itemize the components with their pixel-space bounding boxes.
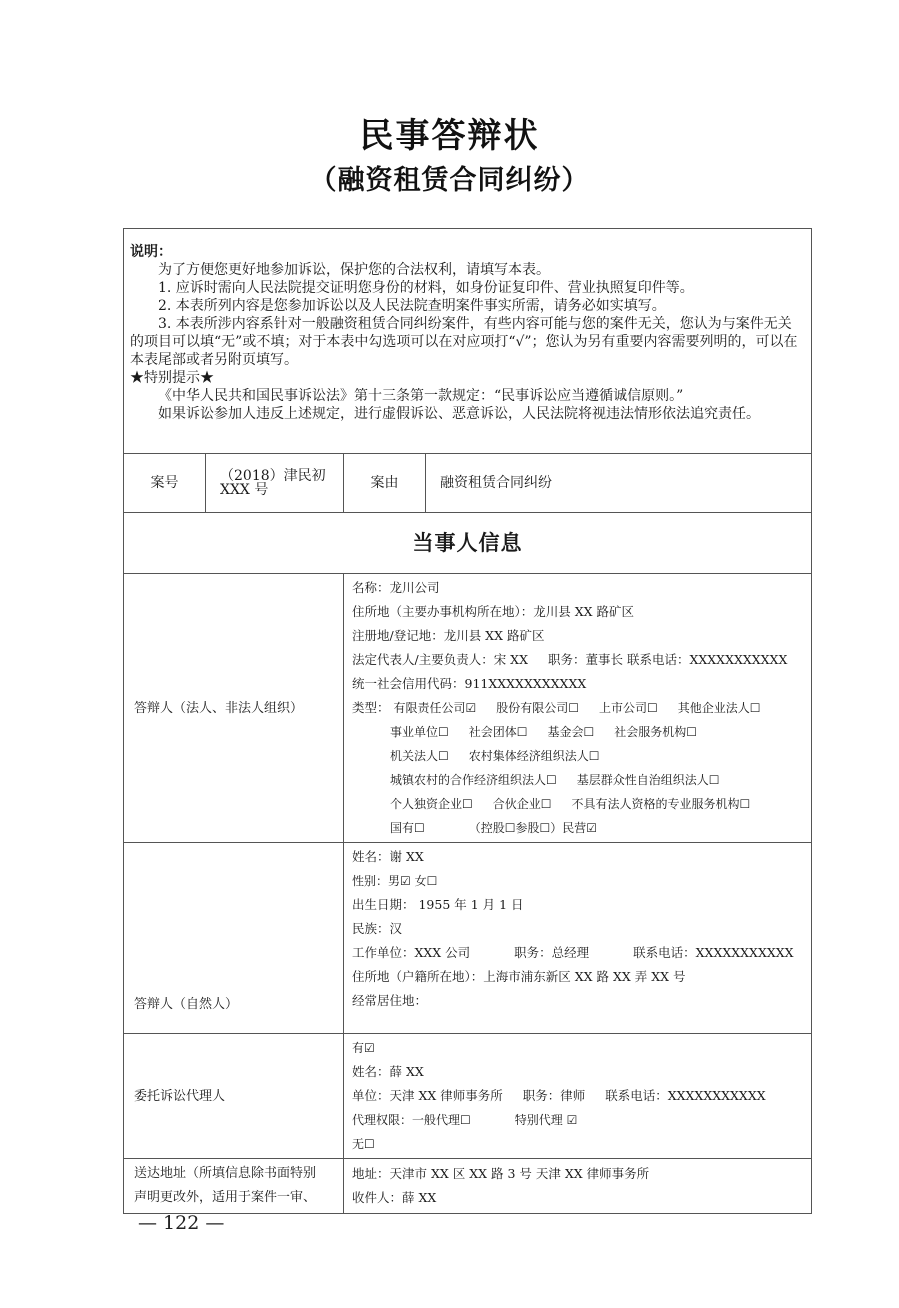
type-checkbox-social-group[interactable]: 社会团体☐	[469, 725, 528, 739]
respondent-natural-label: 答辩人（自然人）	[124, 843, 344, 1034]
service-address-label-line-2: 声明更改外，适用于案件一审、	[134, 1186, 339, 1210]
respondent-legal-content: 名称：龙川公司 住所地（主要办事机构所在地）：龙川县 XX 路矿区 注册地/登记…	[344, 574, 812, 843]
service-address-label: 送达地址（所填信息除书面特别 声明更改外，适用于案件一审、	[124, 1159, 344, 1214]
special-notice-1: 《中华人民共和国民事诉讼法》第十三条第一款规定：“民事诉讼应当遵循诚信原则。”	[130, 387, 805, 405]
respondent-natural-content: 姓名：谢 XX 性别：男☑ 女☐ 出生日期： 1955 年 1 月 1 日 民族…	[344, 843, 812, 1034]
respondent-legal-label: 答辩人（法人、非法人组织）	[124, 574, 344, 843]
legal-representative-field[interactable]: 法定代表人/主要负责人：宋 XX	[352, 652, 528, 667]
type-checkbox-other-enterprise[interactable]: 其他企业法人☐	[678, 701, 761, 715]
parties-section-title: 当事人信息	[124, 513, 812, 574]
special-notice-2: 如果诉讼参加人违反上述规定，进行虚假诉讼、恶意诉讼，人民法院将视违法情形依法追究…	[130, 405, 805, 423]
answer-form-table: 说明： 为了方便您更好地参加诉讼，保护您的合法权利，请填写本表。 1. 应诉时需…	[123, 228, 812, 1214]
legal-domicile-field[interactable]: 住所地（主要办事机构所在地）：龙川县 XX 路矿区	[352, 600, 803, 624]
case-cause-value[interactable]: 融资租赁合同纠纷	[426, 454, 812, 513]
agent-authority-general-checkbox[interactable]: 代理权限：一般代理☐	[352, 1113, 471, 1127]
service-address-label-line-1: 送达地址（所填信息除书面特别	[134, 1162, 339, 1186]
agent-row: 委托诉讼代理人 有☑ 姓名：薛 XX 单位：天津 XX 律师事务所 职务：律师 …	[124, 1034, 812, 1159]
legal-position-field[interactable]: 职务：董事长	[548, 652, 623, 667]
agent-has-checkbox[interactable]: 有☑	[352, 1036, 803, 1060]
natural-employer-field[interactable]: 工作单位：XXX 公司	[352, 945, 470, 960]
type-checkbox-joint-stock[interactable]: 股份有限公司☐	[496, 701, 579, 715]
natural-name-field[interactable]: 姓名：谢 XX	[352, 845, 803, 869]
instructions-heading: 说明：	[130, 243, 805, 261]
legal-representative-line: 法定代表人/主要负责人：宋 XX 职务：董事长 联系电话：XXXXXXXXXXX	[352, 648, 803, 672]
type-checkbox-partnership[interactable]: 合伙企业☐	[493, 797, 552, 811]
legal-type-line-2: 事业单位☐ 社会团体☐ 基金会☐ 社会服务机构☐	[352, 720, 803, 744]
type-checkbox-listed[interactable]: 上市公司☐	[599, 701, 658, 715]
type-checkbox-public-institution[interactable]: 事业单位☐	[390, 725, 449, 739]
type-checkbox-professional-service[interactable]: 不具有法人资格的专业服务机构☐	[572, 797, 751, 811]
respondent-natural-row: 答辩人（自然人） 姓名：谢 XX 性别：男☑ 女☐ 出生日期： 1955 年 1…	[124, 843, 812, 1034]
natural-work-line: 工作单位：XXX 公司 职务：总经理 联系电话：XXXXXXXXXXX	[352, 941, 803, 965]
case-number-label: 案号	[124, 454, 206, 513]
document-title: 民事答辩状	[0, 108, 899, 157]
agent-unit-field[interactable]: 单位：天津 XX 律师事务所	[352, 1088, 503, 1103]
service-recipient-field[interactable]: 收件人：薛 XX	[352, 1186, 803, 1210]
natural-position-field[interactable]: 职务：总经理	[514, 945, 589, 960]
case-info-row: 案号 （2018）津民初 XXX 号 案由 融资租赁合同纠纷	[124, 454, 812, 513]
document-subtitle: （融资租赁合同纠纷）	[0, 158, 899, 197]
case-cause-label: 案由	[344, 454, 426, 513]
legal-credit-code-field[interactable]: 统一社会信用代码：911XXXXXXXXXXX	[352, 672, 803, 696]
type-checkbox-sole-proprietorship[interactable]: 个人独资企业☐	[390, 797, 473, 811]
legal-type-line-1: 类型： 有限责任公司☑ 股份有限公司☐ 上市公司☐ 其他企业法人☐	[352, 696, 803, 720]
special-notice-heading: ★特别提示★	[130, 369, 805, 387]
type-checkbox-private[interactable]: （控股☐参股☐）民营☑	[469, 821, 597, 835]
natural-birth-field[interactable]: 出生日期： 1955 年 1 月 1 日	[352, 893, 803, 917]
type-checkbox-social-service[interactable]: 社会服务机构☐	[614, 725, 697, 739]
natural-phone-field[interactable]: 联系电话：XXXXXXXXXXX	[633, 945, 793, 960]
service-address-field[interactable]: 地址：天津市 XX 区 XX 路 3 号 天津 XX 律师事务所	[352, 1162, 803, 1186]
instructions-intro: 为了方便您更好地参加诉讼，保护您的合法权利，请填写本表。	[130, 261, 805, 279]
agent-label: 委托诉讼代理人	[124, 1034, 344, 1159]
legal-registered-field[interactable]: 注册地/登记地：龙川县 XX 路矿区	[352, 624, 803, 648]
respondent-legal-row: 答辩人（法人、非法人组织） 名称：龙川公司 住所地（主要办事机构所在地）：龙川县…	[124, 574, 812, 843]
type-checkbox-foundation[interactable]: 基金会☐	[548, 725, 595, 739]
agent-none-checkbox[interactable]: 无☐	[352, 1132, 803, 1156]
type-checkbox-llc[interactable]: 有限责任公司☑	[394, 701, 477, 715]
type-checkbox-grassroots-autonomy[interactable]: 基层群众性自治组织法人☐	[577, 773, 720, 787]
instructions-block: 说明： 为了方便您更好地参加诉讼，保护您的合法权利，请填写本表。 1. 应诉时需…	[124, 229, 812, 454]
instructions-item-2: 2. 本表所列内容是您参加诉讼以及人民法院查明案件事实所需，请务必如实填写。	[130, 297, 805, 315]
instructions-item-1: 1. 应诉时需向人民法院提交证明您身份的材料，如身份证复印件、营业执照复印件等。	[130, 279, 805, 297]
legal-name-field[interactable]: 名称：龙川公司	[352, 576, 803, 600]
legal-type-line-5: 个人独资企业☐ 合伙企业☐ 不具有法人资格的专业服务机构☐	[352, 792, 803, 816]
agent-content: 有☑ 姓名：薛 XX 单位：天津 XX 律师事务所 职务：律师 联系电话：XXX…	[344, 1034, 812, 1159]
agent-unit-line: 单位：天津 XX 律师事务所 职务：律师 联系电话：XXXXXXXXXXX	[352, 1084, 803, 1108]
legal-phone-field[interactable]: 联系电话：XXXXXXXXXXX	[627, 652, 787, 667]
agent-phone-field[interactable]: 联系电话：XXXXXXXXXXX	[605, 1088, 765, 1103]
agent-authority-line: 代理权限：一般代理☐ 特别代理 ☑	[352, 1108, 803, 1132]
service-address-row: 送达地址（所填信息除书面特别 声明更改外，适用于案件一审、 地址：天津市 XX …	[124, 1159, 812, 1214]
natural-residence-field[interactable]: 经常居住地：	[352, 989, 803, 1013]
page-number: — 122 —	[138, 1212, 224, 1234]
instructions-item-3: 3. 本表所涉内容系针对一般融资租赁合同纠纷案件，有些内容可能与您的案件无关，您…	[130, 315, 805, 369]
type-checkbox-rural-collective[interactable]: 农村集体经济组织法人☐	[469, 749, 600, 763]
agent-name-field[interactable]: 姓名：薛 XX	[352, 1060, 803, 1084]
type-checkbox-government-organ[interactable]: 机关法人☐	[390, 749, 449, 763]
service-address-content: 地址：天津市 XX 区 XX 路 3 号 天津 XX 律师事务所 收件人：薛 X…	[344, 1159, 812, 1214]
legal-type-line-4: 城镇农村的合作经济组织法人☐ 基层群众性自治组织法人☐	[352, 768, 803, 792]
agent-position-field[interactable]: 职务：律师	[523, 1088, 586, 1103]
natural-gender-field[interactable]: 性别：男☑ 女☐	[352, 869, 803, 893]
legal-type-label: 类型：	[352, 700, 390, 715]
legal-type-line-6: 国有☐ （控股☐参股☐）民营☑	[352, 816, 803, 840]
legal-type-line-3: 机关法人☐ 农村集体经济组织法人☐	[352, 744, 803, 768]
natural-ethnicity-field[interactable]: 民族：汉	[352, 917, 803, 941]
type-checkbox-cooperative[interactable]: 城镇农村的合作经济组织法人☐	[390, 773, 557, 787]
case-number-value[interactable]: （2018）津民初 XXX 号	[206, 454, 344, 513]
type-checkbox-state-owned[interactable]: 国有☐	[390, 821, 425, 835]
agent-authority-special-checkbox[interactable]: 特别代理 ☑	[515, 1113, 578, 1127]
natural-domicile-field[interactable]: 住所地（户籍所在地）：上海市浦东新区 XX 路 XX 弄 XX 号	[352, 965, 803, 989]
